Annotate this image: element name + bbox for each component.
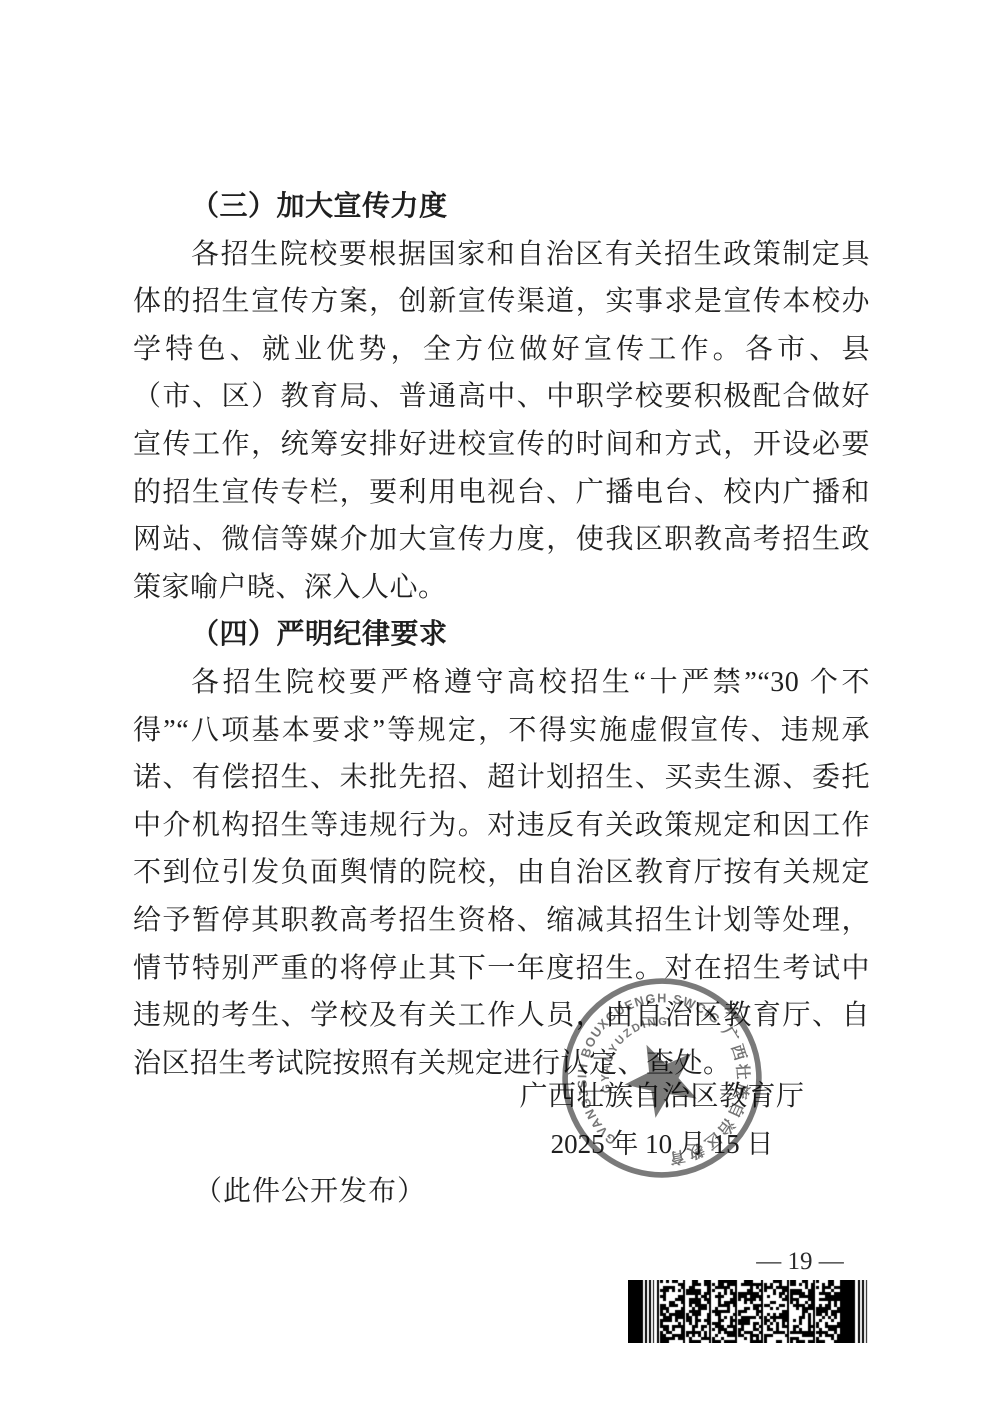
document-body: （三）加大宣传力度 各招生院校要根据国家和自治区有关招生政策制定具体的招生宣传方… <box>133 183 870 1087</box>
pdf417-barcode <box>628 1280 868 1343</box>
signer-name: 广西壮族自治区教育厅 <box>512 1080 812 1114</box>
section-3-paragraph: 各招生院校要根据国家和自治区有关招生政策制定具体的招生宣传方案，创新宣传渠道，实… <box>133 231 870 612</box>
signature-date: 2025 年 10 月 15 日 <box>512 1128 812 1160</box>
document-page: （三）加大宣传力度 各招生院校要根据国家和自治区有关招生政策制定具体的招生宣传方… <box>0 0 1000 1415</box>
section-4-paragraph: 各招生院校要严格遵守高校招生“十严禁”“30 个不得”“八项基本要求”等规定，不… <box>133 659 870 1087</box>
signature-block: 广西壮族自治区教育厅 2025 年 10 月 15 日 <box>512 1080 812 1160</box>
section-heading-4: （四）严明纪律要求 <box>133 611 870 659</box>
section-heading-3: （三）加大宣传力度 <box>133 183 870 231</box>
public-release-note: （此件公开发布） <box>194 1172 426 1212</box>
page-number: — 19 — <box>730 1248 870 1276</box>
